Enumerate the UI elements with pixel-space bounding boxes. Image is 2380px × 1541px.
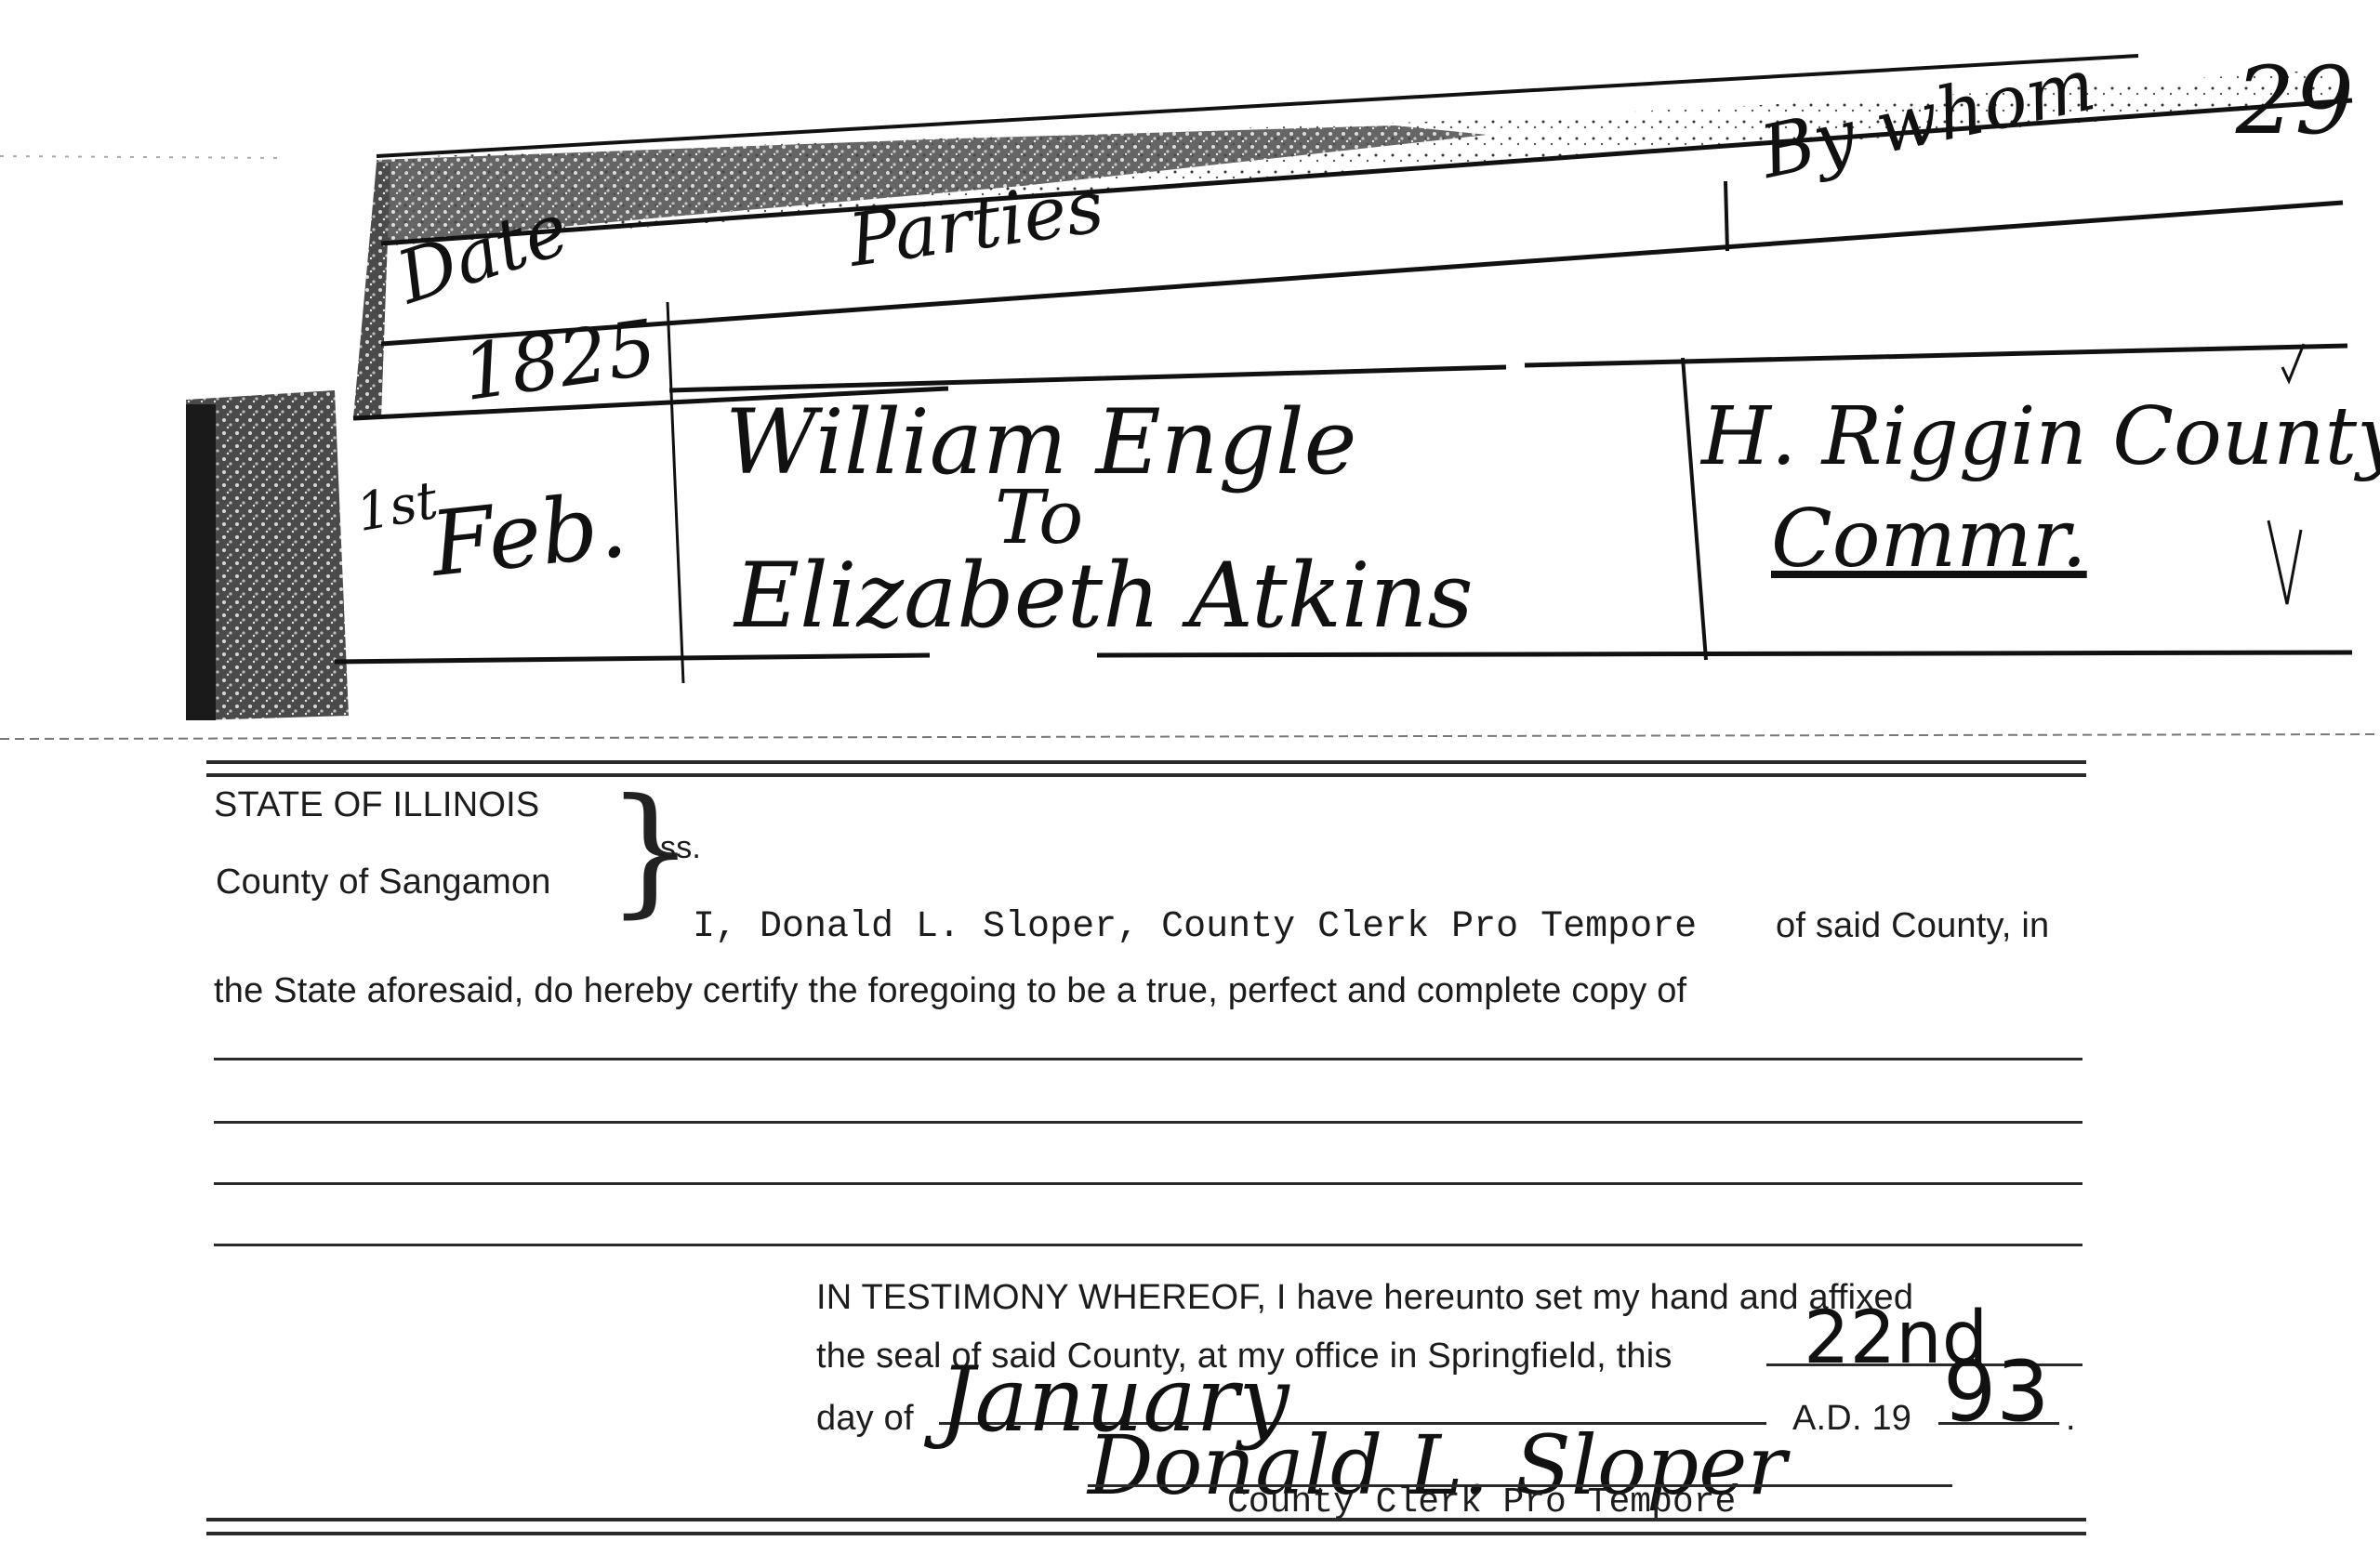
- clerk-intro: I, Donald L. Sloper, County Clerk Pro Te…: [693, 906, 1697, 948]
- blank-line-3: [214, 1182, 2082, 1185]
- blank-line-1: [214, 1058, 2082, 1060]
- county-label: County of Sangamon: [216, 863, 551, 902]
- entry-officiant: H. Riggin County: [1701, 390, 2380, 483]
- top-double-rule-2: [206, 773, 2086, 777]
- year-period: .: [2066, 1399, 2076, 1439]
- bottom-double-rule-2: [206, 1532, 2086, 1535]
- entry-officiant-title: Commr.: [1771, 493, 2087, 586]
- blank-line-4: [214, 1244, 2082, 1246]
- ledger-scan: 29 Date Parties By whom 1825 1st Feb. Wi…: [0, 0, 2380, 744]
- signature-title: County Clerk Pro Tempore: [1227, 1482, 1736, 1522]
- clerk-intro-tail: of said County, in: [1776, 906, 2049, 946]
- state-label: STATE OF ILLINOIS: [214, 785, 539, 825]
- blank-line-2: [214, 1121, 2082, 1124]
- ss-label: ss.: [660, 830, 701, 866]
- top-double-rule-1: [206, 760, 2086, 764]
- testimony-line-1: IN TESTIMONY WHEREOF, I have hereunto se…: [816, 1278, 1913, 1318]
- entry-bride: Elizabeth Atkins: [734, 544, 1474, 648]
- bottom-double-rule-1: [206, 1518, 2086, 1521]
- ad-label: A.D. 19: [1792, 1399, 1911, 1439]
- page-number: 29: [2236, 46, 2354, 155]
- year-suffix: 93: [1943, 1343, 2050, 1441]
- day-of-label: day of: [816, 1399, 914, 1439]
- entry-month: Feb.: [426, 473, 631, 597]
- certify-statement: the State aforesaid, do hereby certify t…: [214, 971, 1686, 1011]
